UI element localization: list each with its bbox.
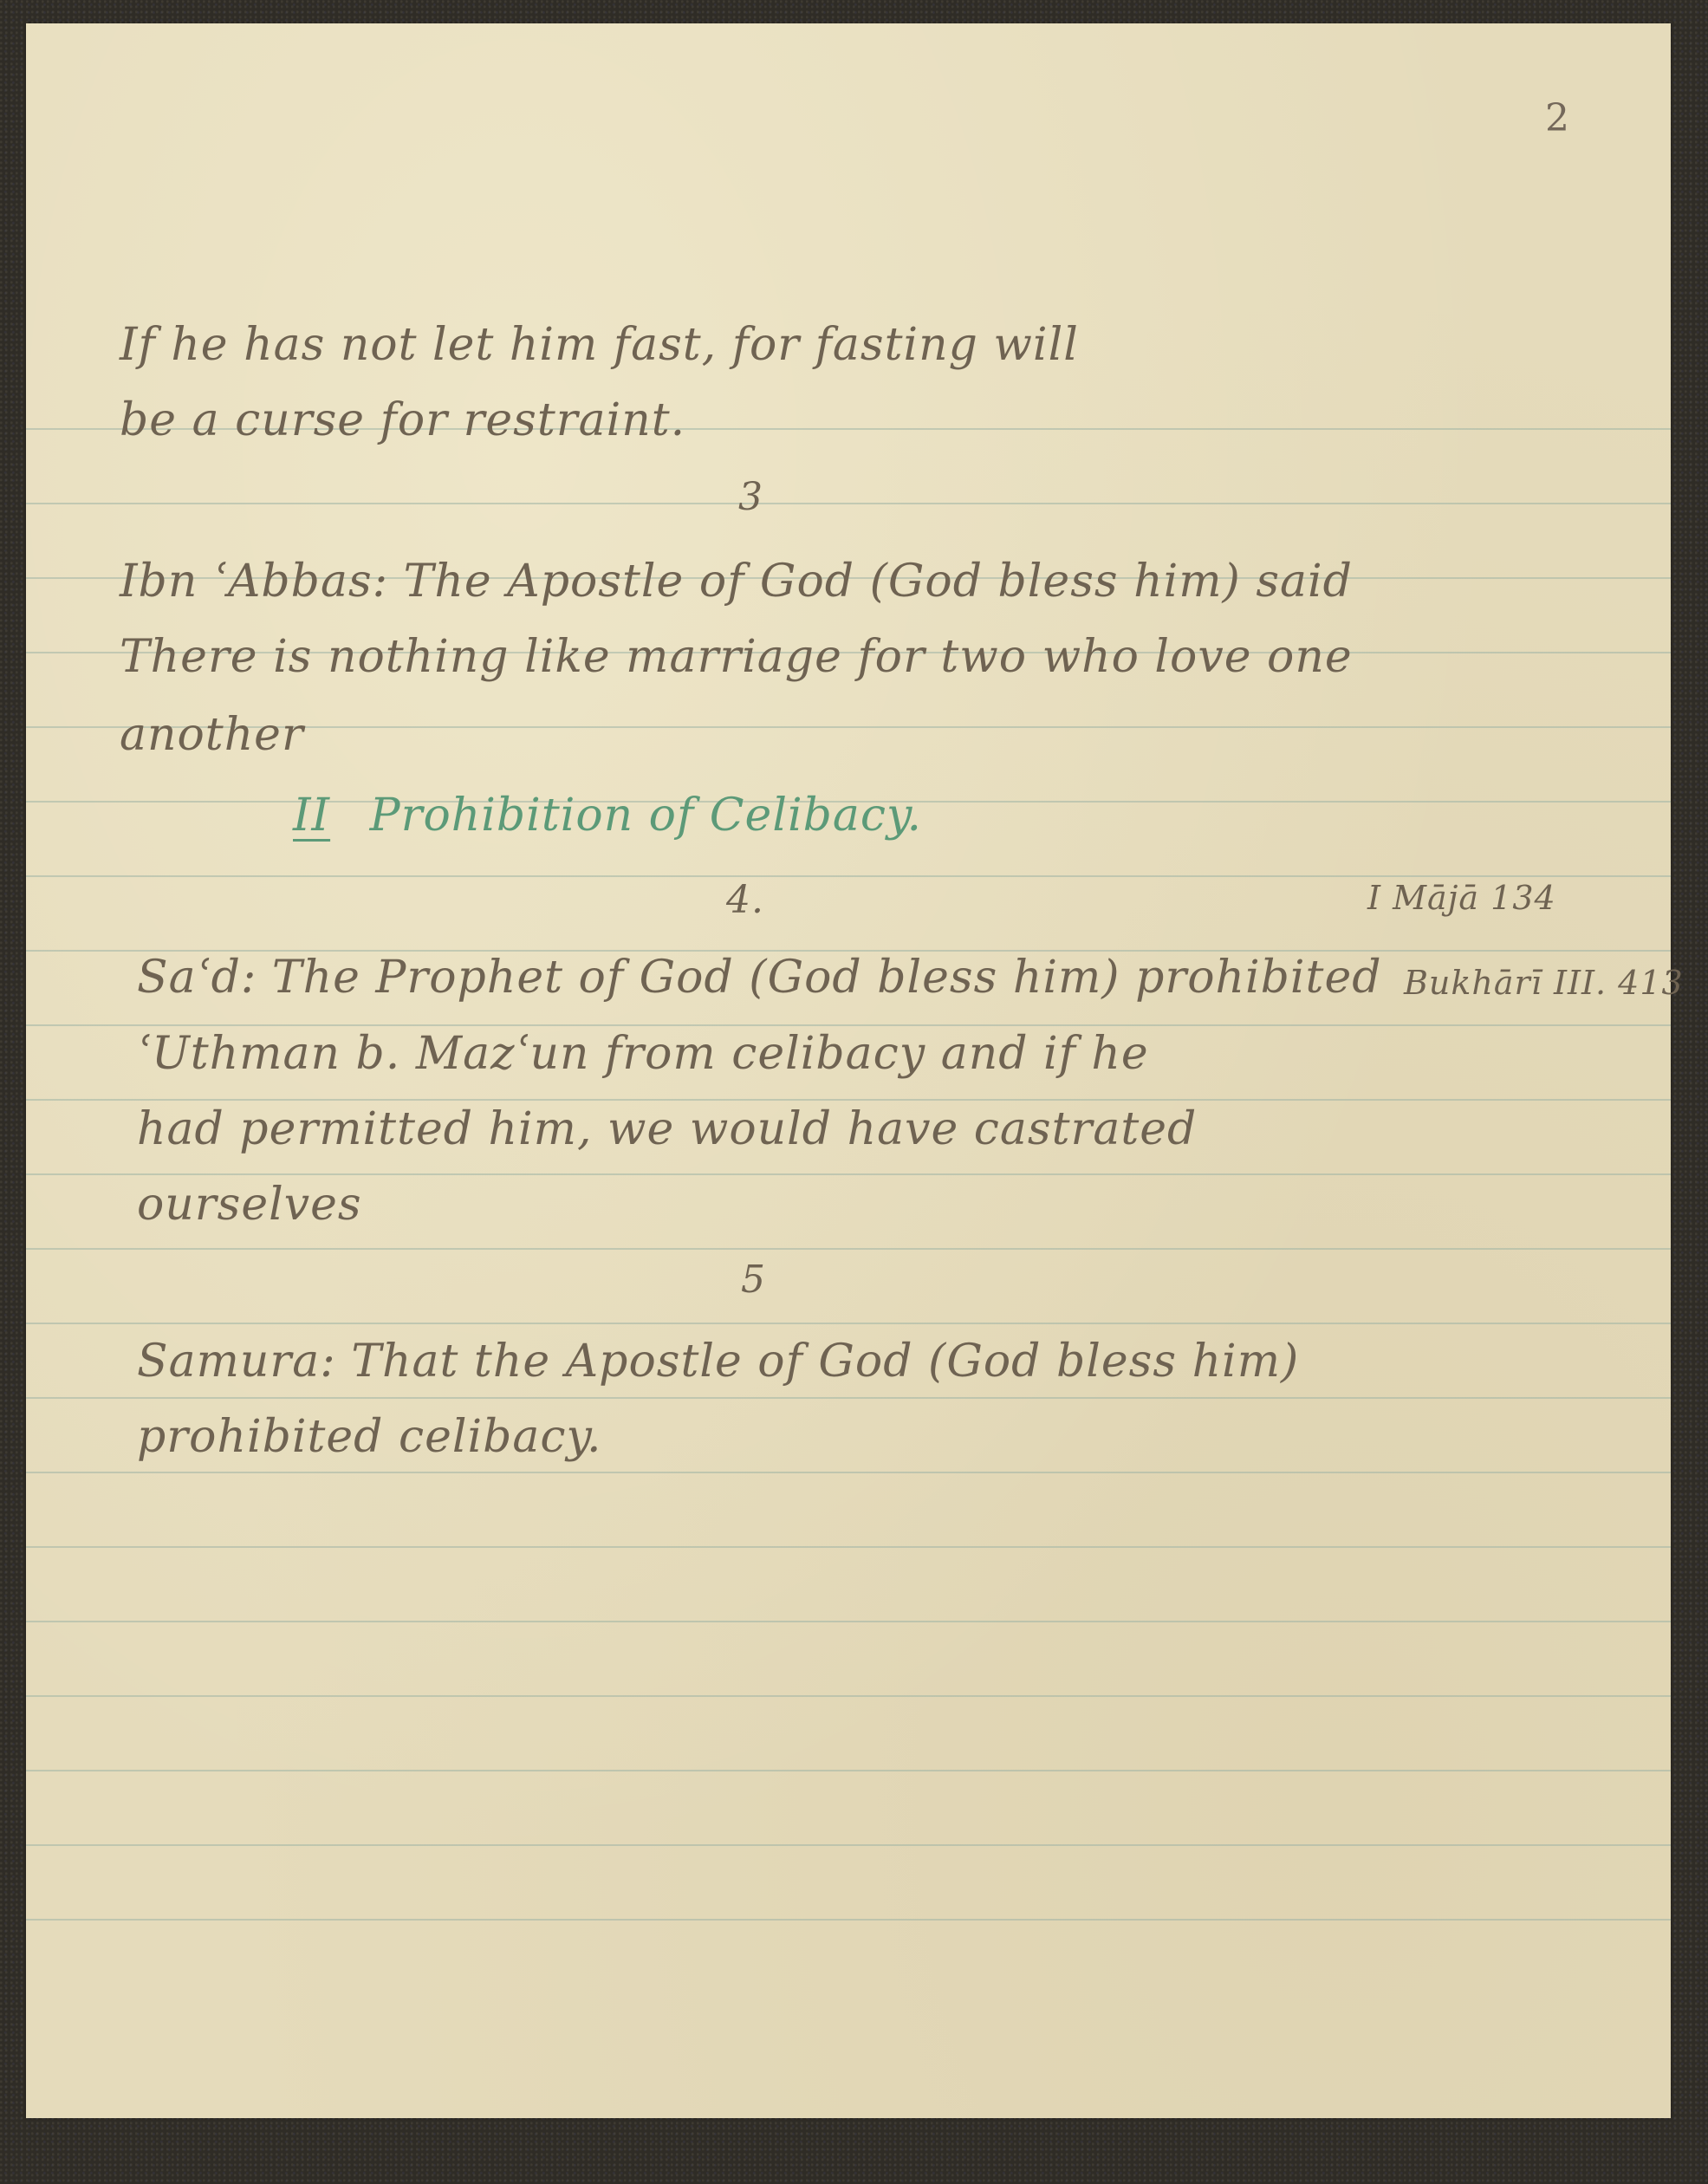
hadith-3-line-3: another bbox=[120, 712, 304, 757]
hadith-number-3: 3 bbox=[738, 478, 763, 517]
hadith-number-4: 4. bbox=[726, 881, 764, 920]
continuation-line-2: be a curse for restraint. bbox=[120, 398, 685, 443]
hadith-3-line-2: There is nothing like marriage for two w… bbox=[120, 634, 1353, 679]
margin-reference-bukhari: Bukhārī III. 413 bbox=[1404, 966, 1684, 999]
margin-reference-ibn-maja: I Mājā 134 bbox=[1367, 881, 1556, 914]
hadith-4-line-3: had permitted him, we would have castrat… bbox=[137, 1107, 1197, 1152]
hadith-4-line-4: ourselves bbox=[137, 1182, 362, 1227]
continuation-line-1: If he has not let him fast, for fasting … bbox=[120, 322, 1079, 367]
hadith-5-line-1: Samura: That the Apostle of God (God ble… bbox=[137, 1339, 1299, 1384]
hadith-4-line-1: Saʿd: The Prophet of God (God bless him)… bbox=[137, 955, 1382, 1000]
hadith-number-5: 5 bbox=[741, 1261, 766, 1299]
hadith-3-line-1: Ibn ʿAbbas: The Apostle of God (God bles… bbox=[120, 559, 1353, 604]
hadith-4-line-2: ʿUthman b. Mazʿun from celibacy and if h… bbox=[137, 1031, 1149, 1076]
section-title: Prohibition of Celibacy. bbox=[370, 790, 922, 842]
hadith-5-line-2: prohibited celibacy. bbox=[137, 1414, 602, 1459]
manuscript-page: 2 If he has not let him fast, for fastin… bbox=[26, 23, 1671, 2118]
section-numeral: II bbox=[293, 790, 330, 842]
section-heading: II Prohibition of Celibacy. bbox=[293, 793, 922, 838]
page-number: 2 bbox=[1545, 100, 1570, 138]
